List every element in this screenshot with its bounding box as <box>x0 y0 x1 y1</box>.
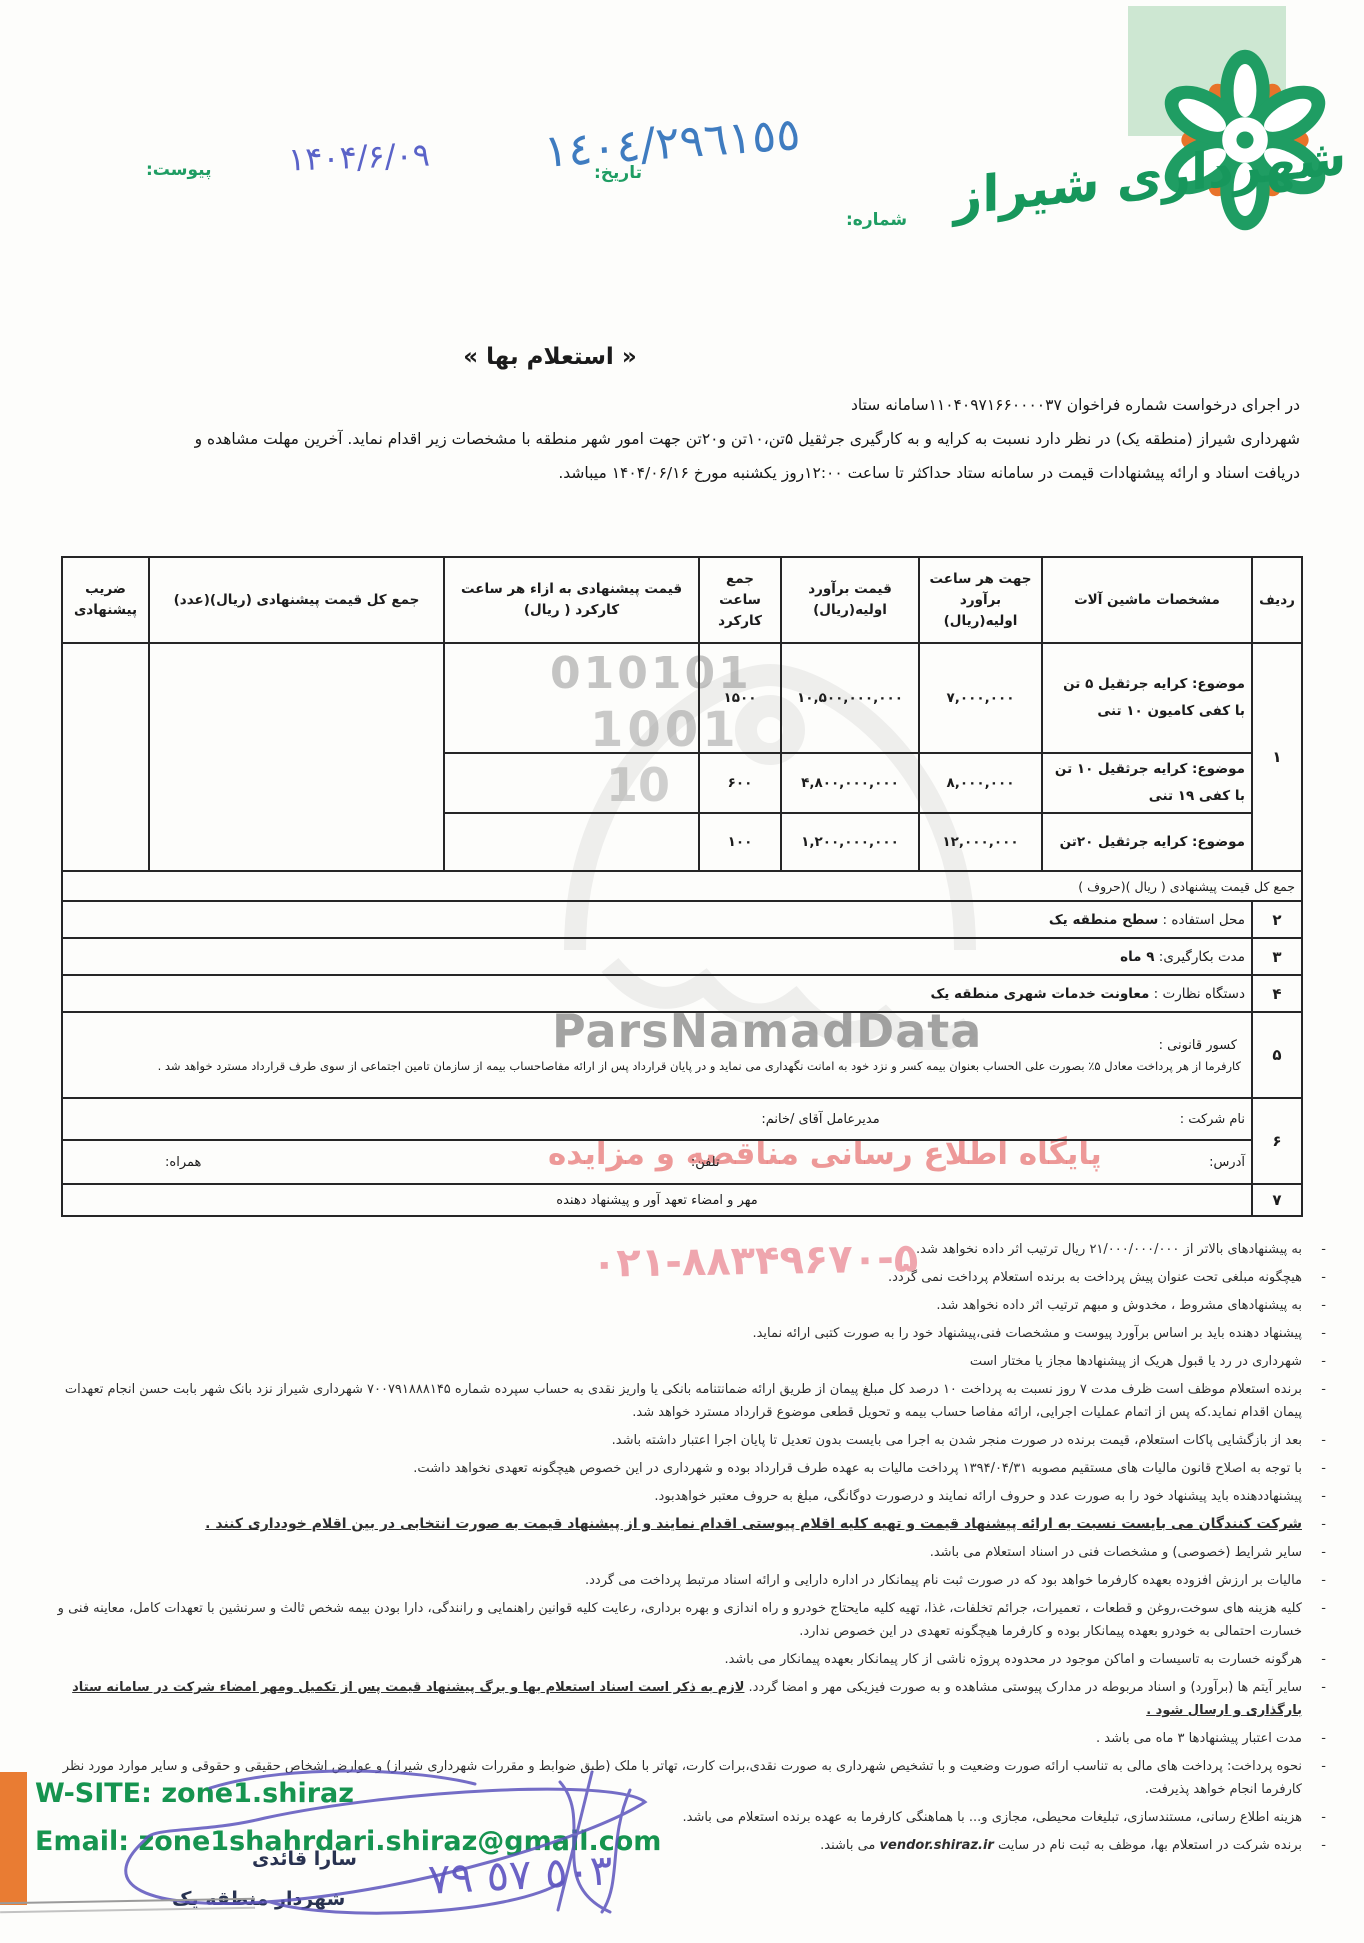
field-value: معاونت خدمات شهری منطقه یک <box>930 986 1149 1002</box>
dash-bullet: - <box>1321 1676 1326 1699</box>
legal-deductions-label: کسور قانونی : <box>69 1034 1245 1055</box>
table-header-row: ردیف مشخصات ماشین آلات جهت هر ساعت برآور… <box>62 557 1302 643</box>
vendor-site-url: vendor.shiraz.ir <box>880 1838 994 1853</box>
note-text: سایر آیتم ها (برآورد) و اسناد مربوطه در … <box>744 1680 1302 1695</box>
table-row-company-info: ۶ نام شرکت : مدیرعامل آقای /خانم: <box>62 1098 1302 1140</box>
dash-bullet: - <box>1321 1755 1326 1778</box>
note-item-2: -هیچگونه مبلغی تحت عنوان پیش پرداخت به ب… <box>36 1266 1328 1289</box>
note-text: هیچگونه مبلغی تحت عنوان پیش پرداخت به بر… <box>888 1270 1302 1285</box>
note-text: با توجه به اصلاح قانون مالیات های مستقیم… <box>413 1461 1302 1476</box>
dash-bullet: - <box>1321 1266 1326 1289</box>
dash-bullet: - <box>1321 1727 1326 1750</box>
scan-artifact-line <box>0 1898 255 1913</box>
table-row-item-1: ۱ موضوع: کرایه جرثقیل ۵ تن با کفی کامیون… <box>62 643 1302 753</box>
proposed-total-blank-cell <box>149 643 444 871</box>
note-text: پیشنهاد دهنده باید بر اساس برآورد پیوست … <box>752 1326 1302 1341</box>
table-row-seal-signature: ۷ مهر و امضاء تعهد آور و پیشنهاد دهنده <box>62 1184 1302 1216</box>
col-header-proposed-hourly-price: قیمت پیشنهادی به ازاء هر ساعت کارکرد ( ر… <box>444 557 699 643</box>
col-header-row-no: ردیف <box>1252 557 1302 643</box>
note-text: سایر شرایط (خصوصی) و مشخصات فنی در اسناد… <box>930 1545 1302 1560</box>
initial-estimate-value: ۱,۲۰۰,۰۰۰,۰۰۰ <box>781 813 919 871</box>
date-label: تاریخ: <box>594 163 642 183</box>
company-name-cell: نام شرکت : مدیرعامل آقای /خانم: <box>62 1098 1252 1140</box>
note-text: به پیشنهادهای مشروط ، مخدوش و مبهم ترتیب… <box>936 1298 1302 1313</box>
note-item-13: -کلیه هزینه های سوخت،روغن و قطعات ، تعمی… <box>36 1597 1328 1643</box>
note-text: برنده شرکت در استعلام بها، موظف به ثبت ن… <box>994 1838 1302 1853</box>
field-value: سطح منطقه یک <box>1049 912 1158 928</box>
machine-description: موضوع: کرایه جرثقیل ۵ تن با کفی کامیون ۱… <box>1042 643 1252 753</box>
seal-signature-label: مهر و امضاء تعهد آور و پیشنهاد دهنده <box>62 1184 1252 1216</box>
note-text: مالیات بر ارزش افزوده بعهده کارفرما خواه… <box>585 1573 1302 1588</box>
total-hours-value: ۶۰۰ <box>699 753 781 813</box>
table-row-duration: ۳ مدت بکارگیری: ۹ ماه <box>62 938 1302 975</box>
note-item-5: -شهرداری در رد یا قبول هریک از پیشنهادها… <box>36 1350 1328 1373</box>
dash-bullet: - <box>1321 1350 1326 1373</box>
proposed-price-blank-cell <box>444 813 699 871</box>
total-in-words-label: جمع کل قیمت پیشنهادی ( ریال )(حروف ) <box>62 871 1302 901</box>
dash-bullet: - <box>1321 1485 1326 1508</box>
note-text: می باشند. <box>820 1838 879 1853</box>
note-item-16: -مدت اعتبار پیشنهادها ۳ ماه می باشد . <box>36 1727 1328 1750</box>
hourly-estimate-value: ۱۲,۰۰۰,۰۰۰ <box>919 813 1042 871</box>
hourly-estimate-value: ۸,۰۰۰,۰۰۰ <box>919 753 1042 813</box>
table-row-supervision: ۴ دستگاه نظارت : معاونت خدمات شهری منطقه… <box>62 975 1302 1012</box>
note-text: کلیه هزینه های سوخت،روغن و قطعات ، تعمیر… <box>58 1601 1302 1639</box>
note-text: به پیشنهادهای بالاتر از ۲۱/۰۰۰/۰۰۰/۰۰۰ ر… <box>916 1242 1302 1257</box>
dash-bullet: - <box>1321 1238 1326 1261</box>
note-text: بعد از بازگشایی پاکات استعلام، قیمت برند… <box>612 1433 1302 1448</box>
dash-bullet: - <box>1321 1513 1326 1536</box>
initial-estimate-value: ۴,۸۰۰,۰۰۰,۰۰۰ <box>781 753 919 813</box>
table-row-usage-location: ۲ محل استفاده : سطح منطقه یک <box>62 901 1302 938</box>
note-text: هرگونه خسارت به تاسیسات و اماکن موجود در… <box>724 1652 1302 1667</box>
dash-bullet: - <box>1321 1457 1326 1480</box>
note-item-4: -پیشنهاد دهنده باید بر اساس برآورد پیوست… <box>36 1322 1328 1345</box>
document-title: « استعلام بها » <box>400 344 700 370</box>
dash-bullet: - <box>1321 1648 1326 1671</box>
note-item-3: -به پیشنهادهای مشروط ، مخدوش و مبهم ترتی… <box>36 1294 1328 1317</box>
dash-bullet: - <box>1321 1569 1326 1592</box>
hourly-estimate-value: ۷,۰۰۰,۰۰۰ <box>919 643 1042 753</box>
dash-bullet: - <box>1321 1541 1326 1564</box>
handwritten-date: ۱۴۰۴/۶/۰۹ <box>287 136 430 179</box>
address-label: آدرس: <box>1209 1155 1245 1170</box>
note-item-11: -سایر شرایط (خصوصی) و مشخصات فنی در اسنا… <box>36 1541 1328 1564</box>
proposed-price-blank-cell <box>444 643 699 753</box>
manager-name-label: مدیرعامل آقای /خانم: <box>761 1112 879 1127</box>
row-number: ۵ <box>1252 1012 1302 1098</box>
note-item-14: -هرگونه خسارت به تاسیسات و اماکن موجود د… <box>36 1648 1328 1671</box>
row-number: ۳ <box>1252 938 1302 975</box>
duration-cell: مدت بکارگیری: ۹ ماه <box>62 938 1252 975</box>
table-row-legal-deductions: ۵ کسور قانونی : کارفرما از هر پرداخت معا… <box>62 1012 1302 1098</box>
col-header-initial-estimate: قیمت برآورد اولیه(ریال) <box>781 557 919 643</box>
proposed-price-blank-cell <box>444 753 699 813</box>
note-text: پیشنهاددهنده باید پیشنهاد خود را به صورت… <box>654 1489 1302 1504</box>
initial-estimate-value: ۱۰,۵۰۰,۰۰۰,۰۰۰ <box>781 643 919 753</box>
mobile-label: همراه: <box>165 1155 201 1170</box>
col-header-total-hours: جمع ساعت کارکرد <box>699 557 781 643</box>
note-item-10-emphasized: -شرکت کنندگان می بایست نسبت به ارائه پیش… <box>36 1513 1328 1536</box>
scanned-price-inquiry-document: شهرداری شیراز شماره: ١٤٠٤/٢٩٦١٥٥ تاریخ: … <box>0 0 1364 1943</box>
orange-edge-bar <box>0 1772 27 1905</box>
field-label: مدت بکارگیری: <box>1159 949 1245 965</box>
company-contact-cell: آدرس: تلفن: همراه: <box>62 1140 1252 1184</box>
number-label: شماره: <box>846 210 907 230</box>
note-item-12: -مالیات بر ارزش افزوده بعهده کارفرما خوا… <box>36 1569 1328 1592</box>
row-number: ۲ <box>1252 901 1302 938</box>
total-hours-value: ۱۰۰ <box>699 813 781 871</box>
dash-bullet: - <box>1321 1378 1326 1401</box>
machine-description: موضوع: کرایه جرثقیل ۲۰تن <box>1042 813 1252 871</box>
signer-name-stamp: سارا قائدی <box>252 1848 357 1870</box>
intro-line-2: شهرداری شیراز (منطقه یک) در نظر دارد نسب… <box>64 422 1300 456</box>
col-header-proposed-total-price: جمع کل قیمت پیشنهادی (ریال)(عدد) <box>149 557 444 643</box>
legal-deductions-cell: کسور قانونی : کارفرما از هر پرداخت معادل… <box>62 1012 1252 1098</box>
note-item-15: -سایر آیتم ها (برآورد) و اسناد مربوطه در… <box>36 1676 1328 1722</box>
dash-bullet: - <box>1321 1597 1326 1620</box>
website-line: W-SITE: zone1.shiraz <box>35 1778 354 1809</box>
field-label: دستگاه نظارت : <box>1154 986 1245 1002</box>
usage-location-cell: محل استفاده : سطح منطقه یک <box>62 901 1252 938</box>
note-item-9: -پیشنهاددهنده باید پیشنهاد خود را به صور… <box>36 1485 1328 1508</box>
intro-line-3: دریافت اسناد و ارائه پیشنهادات قیمت در س… <box>64 456 1300 490</box>
price-inquiry-table: ردیف مشخصات ماشین آلات جهت هر ساعت برآور… <box>61 556 1303 1217</box>
row-number: ۱ <box>1252 643 1302 871</box>
dash-bullet: - <box>1321 1834 1326 1857</box>
intro-paragraph: در اجرای درخواست شماره فراخوان ۱۱۰۴۰۹۷۱۶… <box>64 388 1300 490</box>
field-value: ۹ ماه <box>1120 949 1154 965</box>
dash-bullet: - <box>1321 1294 1326 1317</box>
dash-bullet: - <box>1321 1806 1326 1829</box>
dash-bullet: - <box>1321 1429 1326 1452</box>
note-text: برنده استعلام موظف است ظرف مدت ۷ روز نسب… <box>65 1382 1302 1420</box>
phone-label: تلفن: <box>691 1155 720 1170</box>
row-number: ۷ <box>1252 1184 1302 1216</box>
note-item-6: -برنده استعلام موظف است ظرف مدت ۷ روز نس… <box>36 1378 1328 1424</box>
note-text: شرکت کنندگان می بایست نسبت به ارائه پیشن… <box>205 1516 1302 1532</box>
attachment-label: پیوست: <box>146 160 212 180</box>
table-row-total-in-words: جمع کل قیمت پیشنهادی ( ریال )(حروف ) <box>62 871 1302 901</box>
note-text: مدت اعتبار پیشنهادها ۳ ماه می باشد . <box>1096 1731 1302 1746</box>
machine-description: موضوع: کرایه جرثقیل ۱۰ تن با کفی ۱۹ تنی <box>1042 753 1252 813</box>
handwritten-letter-number: ١٤٠٤/٢٩٦١٥٥ <box>461 101 884 183</box>
company-name-label: نام شرکت : <box>1180 1112 1245 1127</box>
handwritten-reference-number: ٧٩ ٥٧ ٥٠٣ <box>427 1845 614 1904</box>
conditions-notes-list: -به پیشنهادهای بالاتر از ۲۱/۰۰۰/۰۰۰/۰۰۰ … <box>36 1238 1328 1862</box>
legal-deductions-text: کارفرما از هر پرداخت معادل ۵٪ بصورت علی … <box>69 1055 1245 1077</box>
supervision-cell: دستگاه نظارت : معاونت خدمات شهری منطقه ی… <box>62 975 1252 1012</box>
total-hours-value: ۱۵۰۰ <box>699 643 781 753</box>
col-header-hourly-estimate: جهت هر ساعت برآورد اولیه(ریال) <box>919 557 1042 643</box>
note-item-7: -بعد از بازگشایی پاکات استعلام، قیمت برن… <box>36 1429 1328 1452</box>
field-label: محل استفاده : <box>1163 912 1245 928</box>
note-item-8: -با توجه به اصلاح قانون مالیات های مستقی… <box>36 1457 1328 1480</box>
note-text: هزینه اطلاع رسانی، مستندسازی، تبلیغات مح… <box>683 1810 1303 1825</box>
intro-line-1: در اجرای درخواست شماره فراخوان ۱۱۰۴۰۹۷۱۶… <box>64 388 1300 422</box>
coefficient-blank-cell <box>62 643 149 871</box>
row-number: ۶ <box>1252 1098 1302 1184</box>
row-number: ۴ <box>1252 975 1302 1012</box>
col-header-machine-specs: مشخصات ماشین آلات <box>1042 557 1252 643</box>
table-row-company-contact: آدرس: تلفن: همراه: <box>62 1140 1302 1184</box>
note-text: شهرداری در رد یا قبول هریک از پیشنهادها … <box>970 1354 1302 1369</box>
note-item-1: -به پیشنهادهای بالاتر از ۲۱/۰۰۰/۰۰۰/۰۰۰ … <box>36 1238 1328 1261</box>
col-header-proposed-coefficient: ضریب پیشنهادی <box>62 557 149 643</box>
dash-bullet: - <box>1321 1322 1326 1345</box>
